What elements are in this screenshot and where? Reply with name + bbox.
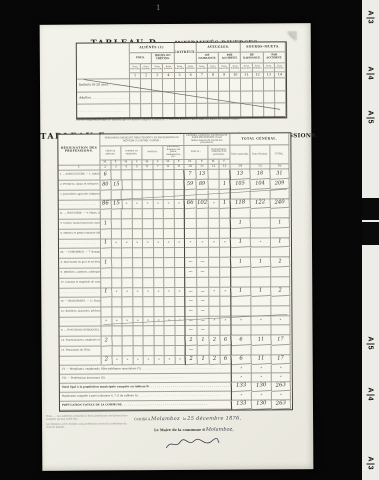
e-cell: —: [197, 297, 209, 307]
e-cell: [112, 248, 123, 258]
e-cell: [143, 258, 154, 268]
d-row-label: Adultes: [77, 92, 130, 104]
e-cell: [111, 190, 122, 200]
e-cell: »: [251, 316, 271, 325]
e-cell: [209, 297, 220, 307]
frame-page-number: 1: [156, 4, 160, 12]
e-cell: [112, 326, 123, 336]
e-cell: 11: [251, 335, 272, 346]
e-cell: [101, 268, 112, 278]
e-cell: [271, 296, 290, 306]
e-cell: [197, 278, 209, 288]
e-cell: [132, 219, 143, 229]
e-cell: 17: [271, 335, 291, 346]
e-cell: [164, 170, 175, 180]
e-cell: »: [101, 317, 112, 326]
d-sexe-header: Sexe féminin.: [186, 64, 197, 73]
e-cell: [143, 268, 154, 278]
film-marker-glyph: A: [367, 457, 374, 462]
e-cell: »: [122, 200, 133, 209]
d-cell: [175, 92, 186, 104]
d-cell: [197, 92, 208, 104]
e-cell: [197, 229, 209, 239]
d-subgroup: PAR ACCIDENT.: [219, 53, 241, 64]
e-cell: —: [184, 326, 197, 336]
e-summary-cell: »: [272, 364, 291, 373]
e-leaf-header: Domestiques attachés à la personne.: [208, 146, 230, 160]
e-group-direct: PERSONNES EXERÇANT DIRECTEMENT LES PROFE…: [100, 134, 184, 147]
e-cell: [154, 326, 165, 336]
e-cell: 1: [230, 287, 251, 297]
e-cell: —: [197, 288, 209, 297]
e-cell: »: [209, 317, 220, 326]
e-row-label: I. — AGRICULTURE. — 1. Individus vivant …: [59, 170, 101, 180]
e-cell: »: [112, 288, 123, 297]
e-cell: [123, 346, 134, 356]
e-cell: [122, 297, 133, 307]
e-cell: [272, 345, 291, 355]
e-cell: [153, 219, 164, 229]
e-cell: »: [112, 317, 123, 326]
e-cell: 1: [101, 288, 112, 298]
e-cell: »: [133, 317, 144, 326]
d-sexe-header: Sexe féminin.: [252, 63, 263, 72]
e-cell: [143, 209, 154, 219]
e-cell: [143, 170, 154, 180]
film-marker-glyph: [367, 463, 375, 464]
d-cell: [152, 79, 163, 92]
e-cell: 105: [229, 179, 251, 190]
film-marker-a3: A3: [364, 9, 378, 26]
e-cell: [154, 258, 165, 268]
e-cell: [184, 229, 197, 239]
e-cell: [111, 209, 122, 219]
e-cell: —: [197, 317, 209, 326]
d-cell: [141, 92, 152, 104]
e-row-label: V. — FONCTIONS PUBLIQUES, PROFESSIONS LI…: [59, 326, 101, 336]
d-cell: [230, 104, 241, 118]
e-cell: [209, 219, 220, 229]
e-row-label: Totaux: [59, 239, 101, 248]
d-cell: [253, 91, 264, 103]
e-cell: [111, 219, 122, 229]
e-cell: [122, 268, 133, 278]
e-cell: »: [197, 239, 209, 248]
e-cell: »: [154, 317, 165, 326]
film-marker-glyph: [367, 343, 375, 344]
e-cell: [153, 209, 164, 219]
e-cell: [133, 278, 144, 288]
d-subgroup: FOUS.: [130, 53, 152, 64]
e-cell: [101, 229, 112, 239]
d-cell: [275, 103, 286, 117]
e-cell: 11: [251, 355, 271, 365]
d-cell: [152, 92, 163, 104]
e-cell: [197, 248, 209, 258]
e-cell: [143, 297, 154, 307]
e-cell: [143, 278, 154, 288]
e-row-label: 14. Fonctionnaires, employés et agents d…: [60, 336, 102, 346]
e-cell: [184, 248, 197, 258]
e-cell: [164, 209, 175, 219]
e-cell: [143, 248, 154, 258]
e-cell: [154, 248, 165, 258]
bottom-note-2: Les femmes et les enfants sans professio…: [46, 423, 132, 429]
e-cell: [123, 336, 134, 346]
e-cell: 2: [101, 356, 112, 366]
e-cell: [153, 180, 164, 190]
e-cell: [164, 248, 175, 258]
e-cell: »: [164, 288, 175, 297]
e-cell: »: [132, 200, 143, 209]
d-cell: [186, 104, 197, 118]
e-cell: [122, 248, 133, 258]
e-cell: [209, 229, 220, 239]
d-cell: [264, 103, 275, 117]
d-cell: [163, 79, 174, 92]
e-row-label: 15. Pensionnés de l'État: [60, 346, 102, 356]
e-cell: —: [197, 307, 209, 317]
bottom-note-1: Nota. — Les individus rattachés à deux p…: [46, 415, 132, 421]
e-cell: —: [184, 297, 197, 307]
d-group-goitreux: GOITREUX.: [174, 43, 196, 64]
e-cell: [197, 219, 209, 229]
e-row-label: Totaux: [59, 288, 101, 297]
e-row-label: 2. Fermiers, colons et métayers: [59, 180, 101, 190]
d-cell: [275, 78, 286, 91]
e-cell: 2: [209, 335, 221, 346]
tableau-d-footnote: (1) Ne comprendre dans ce tableau que le…: [76, 116, 285, 122]
d-cell: [175, 104, 186, 118]
d-group-alienes: ALIÉNÉS (1): [130, 43, 175, 53]
certified-date-handwritten: 25 décembre 1876.: [187, 416, 241, 422]
e-cell: [132, 209, 143, 219]
d-sexe-header: Sexe masculin.: [264, 63, 275, 72]
d-sexe-header: Sexe féminin.: [163, 64, 174, 73]
e-cell: 1: [251, 287, 271, 297]
e-cell: [101, 297, 112, 307]
e-summary-cell: 263: [272, 400, 291, 410]
e-cell: —: [184, 288, 197, 297]
film-marker-a4: A4: [364, 386, 378, 403]
e-cell: »: [153, 239, 164, 248]
e-cell: [271, 267, 290, 277]
d-cell: [163, 92, 174, 104]
d-cell: [264, 91, 275, 103]
e-cell: [133, 248, 144, 258]
d-cell: [264, 78, 275, 91]
film-marker-glyph: A: [367, 111, 374, 116]
e-cell: [164, 190, 175, 200]
e-cell: »: [122, 288, 133, 297]
e-cell: »: [154, 288, 165, 297]
d-sexe-header: Sexe féminin.: [141, 64, 152, 73]
e-cell: [101, 209, 112, 219]
e-cell: [184, 278, 197, 288]
e-cell: [271, 247, 290, 257]
e-cell: [184, 219, 197, 229]
e-cell: 1: [197, 335, 210, 346]
bottom-notes: Nota. — Les individus rattachés à deux p…: [46, 415, 132, 431]
e-cell: 1: [251, 257, 272, 268]
e-cell: »: [164, 200, 175, 209]
d-cell: [141, 79, 152, 92]
e-cell: 6: [230, 335, 252, 346]
e-cell: [143, 190, 154, 200]
tableau-e-grid: DÉSIGNATION DES PROFESSIONS.PERSONNES EX…: [57, 132, 293, 411]
d-cell: [253, 78, 264, 91]
film-marker-a3: A3: [364, 455, 378, 472]
e-cell: [165, 336, 176, 346]
e-cell: »: [164, 239, 175, 248]
e-cell: 15: [111, 180, 122, 191]
e-cell: [154, 297, 165, 307]
e-leaf-header: ouvriers.: [142, 146, 163, 160]
e-cell: 1: [101, 219, 112, 230]
d-corner: [77, 43, 130, 79]
e-cell: 102: [196, 199, 209, 209]
e-group-indirect: FEMMES, ENFANTS, ASCENDANTS SANS PROFESS…: [184, 134, 230, 146]
e-cell: [165, 346, 176, 356]
d-cell: [152, 104, 163, 118]
e-cell: [112, 278, 123, 288]
e-cell: [122, 326, 133, 336]
e-cell: »: [122, 317, 133, 326]
e-cell: 118: [229, 199, 250, 209]
e-cell: 66: [183, 200, 197, 210]
e-cell: [111, 229, 122, 239]
e-leaf-header: journaliers, hommes de peine, manœuvres,…: [163, 146, 184, 160]
e-cell: [198, 346, 210, 356]
e-leaf-total: TOTAL.: [270, 145, 289, 164]
e-cell: [164, 278, 175, 288]
e-cell: [101, 307, 112, 317]
e-cell: [132, 180, 143, 190]
e-cell: 1: [101, 258, 112, 269]
e-cell: —: [184, 307, 197, 317]
e-cell: [209, 248, 220, 258]
e-row-label: III. — COMMERCE. — 7. Banquiers, négocia…: [59, 248, 101, 258]
e-cell: [144, 336, 155, 346]
e-cell: [230, 307, 251, 317]
e-cell: »: [154, 356, 165, 365]
e-cell: 17: [271, 355, 290, 365]
e-row-label: 3. Journaliers agricoles (régisseurs, ja…: [59, 190, 101, 200]
e-cell: »: [143, 200, 154, 209]
certification-line: Certifié à Molamboz le 25 décembre 1876.: [134, 415, 309, 422]
e-row-label: 9. Hôteliers, cafetiers, aubergistes: [59, 268, 101, 278]
e-cell: [153, 190, 164, 200]
e-row-label: Totaux: [59, 317, 101, 326]
e-cell: [251, 218, 271, 228]
e-cell: [133, 336, 144, 346]
d-cell: [241, 92, 252, 104]
e-row-label: Totaux: [60, 356, 102, 365]
e-cell: [271, 208, 290, 218]
e-leaf-sexe-f: Sexe féminin.: [250, 145, 270, 164]
e-cell: [230, 268, 251, 278]
e-cell: 86: [100, 200, 111, 210]
d-cell: [197, 104, 208, 118]
e-cell: [164, 229, 175, 239]
e-cell: [164, 326, 175, 336]
e-cell: —: [197, 258, 209, 268]
d-cell: [175, 79, 186, 92]
e-cell: [210, 346, 221, 356]
e-cell: »: [111, 239, 122, 248]
e-cell: [184, 209, 197, 219]
e-cell: »: [122, 239, 133, 248]
e-cell: 2: [184, 356, 198, 366]
e-cell: [143, 326, 154, 336]
d-sexe-header: Sexe masculin.: [130, 64, 141, 73]
e-cell: 104: [250, 179, 271, 190]
e-cell: [133, 258, 144, 268]
e-cell: »: [209, 239, 220, 248]
e-cell: »: [165, 356, 176, 365]
e-row-label: Totaux: [59, 200, 101, 209]
e-row-label: 10. Commis et employés de commerce: [59, 278, 101, 288]
e-cell: 209: [270, 179, 290, 190]
d-cell: [230, 79, 241, 92]
e-cell: »: [123, 356, 134, 365]
e-cell: [271, 277, 290, 287]
e-leaf-header: commis ou employés.: [121, 146, 142, 160]
d-cell: [241, 79, 252, 92]
e-cell: [271, 228, 290, 238]
film-marker-a5: A5: [364, 109, 378, 126]
d-cell: [219, 92, 230, 104]
d-cell: [275, 91, 286, 103]
e-cell: [153, 170, 164, 180]
e-cell: —: [197, 326, 209, 336]
e-row-label: IV. — TRANSPORTS. — 11. Routes (voiturie…: [59, 297, 101, 307]
tableau-d-grid: ALIÉNÉS (1)GOITREUX.AVEUGLES.SOURDS-MUET…: [76, 41, 287, 119]
film-marker-glyph: [367, 17, 375, 18]
e-cell: [230, 297, 251, 307]
e-summary-cell: 133: [231, 400, 252, 410]
e-cell: [271, 306, 290, 316]
e-cell: —: [184, 317, 197, 326]
d-subgroup: DE NAISSANCE.: [241, 52, 263, 63]
e-cell: —: [184, 258, 197, 268]
e-cell: 1: [230, 218, 252, 229]
e-stub-header: DÉSIGNATION DES PROFESSIONS.: [58, 134, 100, 165]
e-cell: [197, 190, 209, 200]
e-cell: [133, 268, 144, 278]
e-cell: »: [133, 288, 144, 297]
e-cell: »: [144, 356, 155, 365]
film-blip-slit: [362, 220, 379, 222]
d-subgroup: DE NAISSANCE.: [197, 53, 219, 64]
e-cell: »: [143, 317, 154, 326]
e-summary-cell: 133: [231, 382, 252, 392]
d-row-label: Enfants (0-20 ans): [77, 79, 130, 92]
d-cell: [253, 103, 264, 117]
e-cell: »: [271, 316, 290, 325]
film-marker-glyph: A: [367, 11, 374, 16]
e-row-label: 5. Usines, hauts fourneaux, manufactures: [59, 219, 101, 229]
d-sexe-header: Sexe masculin.: [152, 64, 163, 73]
e-summary-cell: »: [252, 364, 272, 373]
e-cell: [101, 190, 112, 200]
e-leaf-header: chefs ou patrons.: [100, 146, 121, 160]
film-marker-a4: A4: [364, 65, 378, 82]
e-row-label: II. — INDUSTRIE. — 4. Mines, minières et…: [59, 209, 101, 219]
e-row-label: 8. Marchands en gros et en détail: [59, 258, 101, 268]
e-cell: [132, 229, 143, 239]
e-cell: 1: [197, 355, 210, 365]
e-cell: 1: [230, 238, 251, 248]
e-cell: [122, 229, 133, 239]
e-cell: [209, 278, 220, 288]
e-cell: 6: [100, 170, 111, 181]
e-cell: [122, 307, 133, 317]
e-cell: 59: [183, 180, 197, 191]
e-cell: [164, 268, 175, 278]
d-cell: [186, 79, 197, 92]
e-cell: [184, 190, 197, 200]
e-cell: [251, 208, 271, 218]
e-cell: [154, 268, 165, 278]
e-cell: [143, 229, 154, 239]
e-cell: [133, 326, 144, 336]
d-subgroup: PAR ACCIDENT.: [264, 52, 286, 63]
e-cell: [112, 336, 123, 346]
e-cell: »: [133, 356, 144, 365]
certified-place-handwritten: Molamboz: [151, 416, 180, 422]
e-cell: »: [143, 239, 154, 248]
film-marker-glyph: [367, 73, 375, 74]
e-cell: 240: [270, 199, 289, 209]
d-cell: [208, 104, 219, 118]
e-cell: »: [209, 200, 220, 209]
d-group-aveugles: AVEUGLES.: [197, 43, 242, 53]
d-sexe-header: Sexe masculin.: [174, 64, 185, 73]
d-sexe-header: Sexe masculin.: [241, 64, 252, 73]
film-marker-glyph: 3: [367, 466, 374, 470]
d-cell: [141, 104, 152, 118]
e-cell: [112, 258, 123, 268]
e-cell: [143, 307, 154, 317]
e-cell: [143, 219, 154, 229]
e-cell: [153, 229, 164, 239]
film-marker-a5: A5: [364, 335, 378, 352]
e-cell: [164, 258, 175, 268]
e-cell: [164, 307, 175, 317]
e-cell: [154, 307, 165, 317]
e-cell: [164, 180, 175, 190]
film-marker-glyph: 3: [367, 20, 374, 24]
e-cell: [251, 296, 271, 306]
e-cell: —: [184, 268, 197, 278]
e-cell: [209, 268, 220, 278]
e-cell: —: [185, 346, 198, 356]
e-cell: 2: [271, 287, 290, 297]
e-cell: 2: [209, 355, 221, 365]
e-cell: [122, 180, 133, 190]
film-marker-glyph: A: [367, 337, 374, 342]
d-cell: [130, 79, 141, 92]
e-cell: 2: [101, 336, 112, 347]
d-cell: [242, 104, 253, 118]
e-cell: »: [251, 238, 271, 247]
d-cell: [164, 104, 175, 118]
e-cell: [197, 209, 209, 219]
d-cell: [208, 92, 219, 104]
e-cell: 2: [184, 336, 198, 347]
e-cell: 1: [230, 257, 252, 268]
